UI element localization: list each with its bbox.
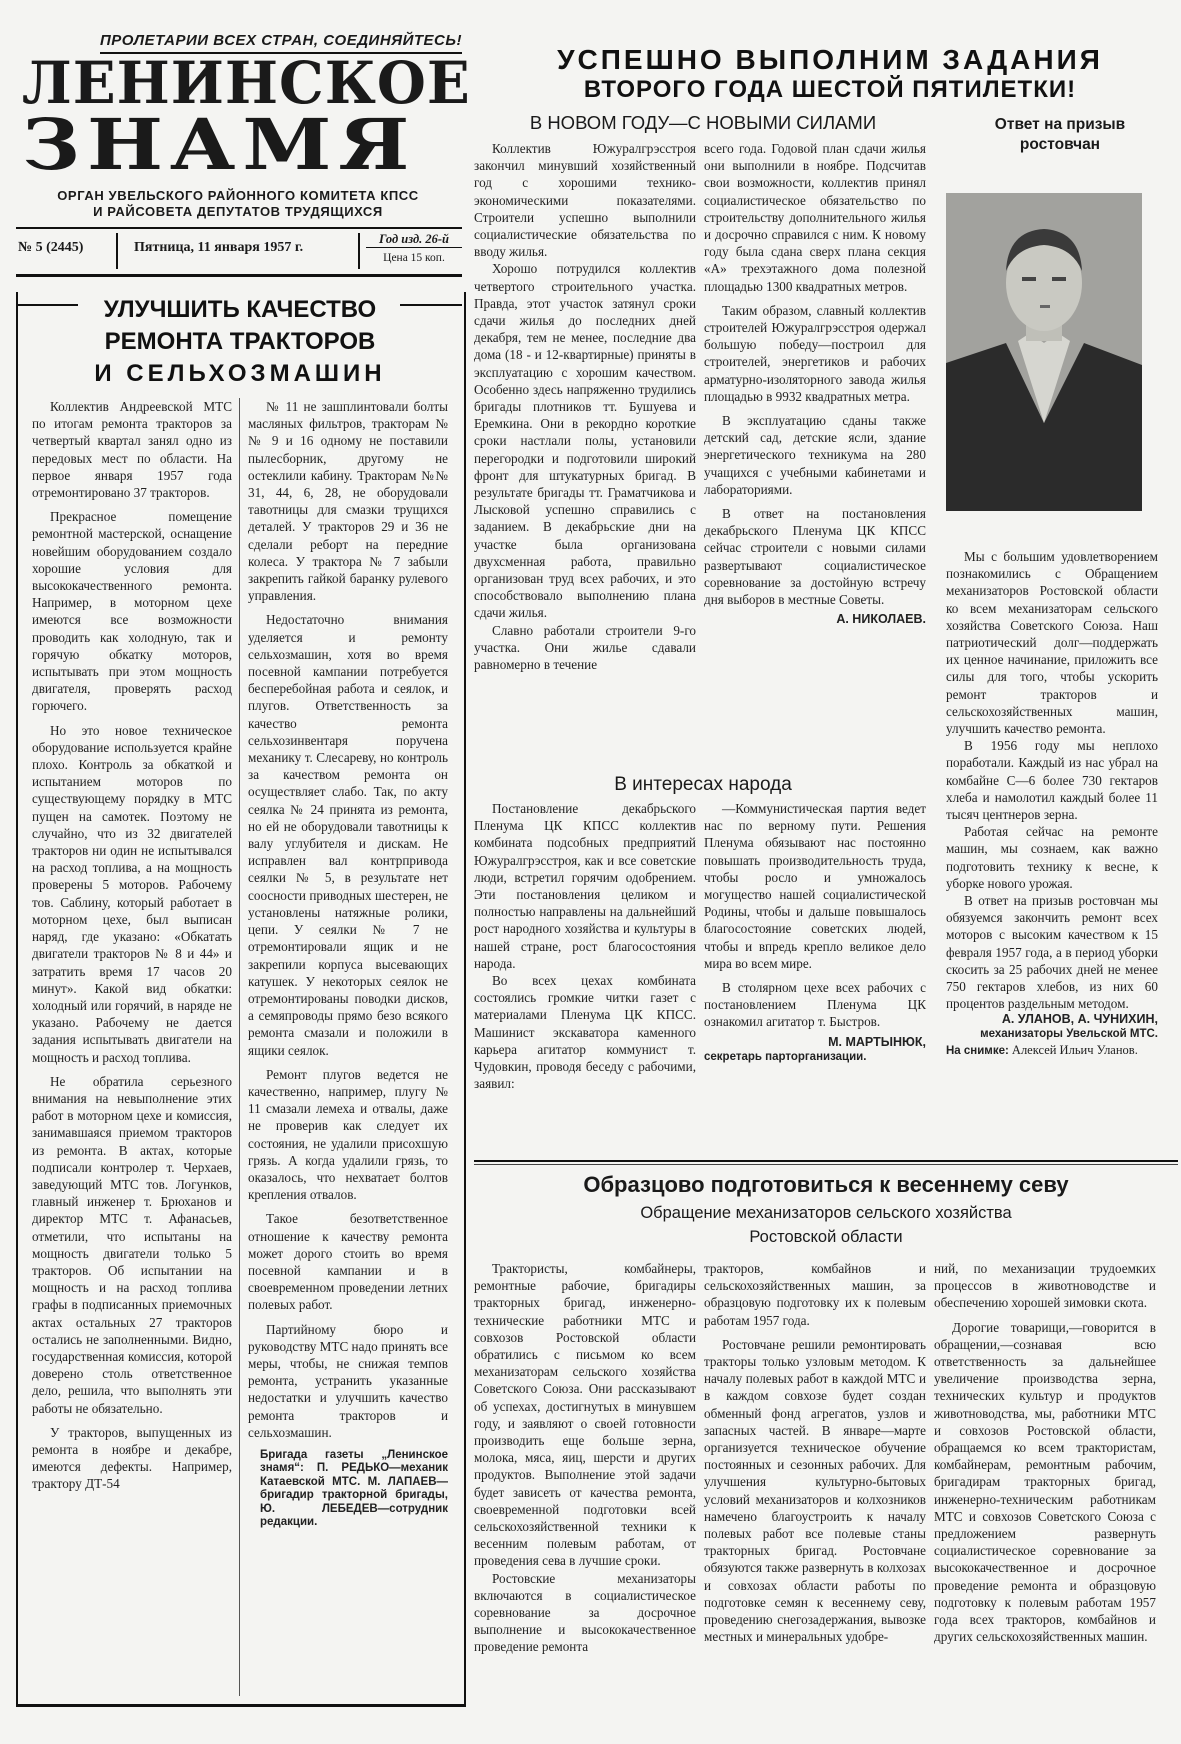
article-tractors-headline-2: РЕМОНТА ТРАКТОРОВ	[60, 326, 420, 358]
article-rostov-reply-headline-2: ростовчан	[940, 136, 1180, 154]
paragraph: тракторов, комбайнов и сельскохозяйствен…	[704, 1260, 926, 1329]
paragraph: Не обратила серьезного внимания на невып…	[32, 1073, 232, 1417]
article-people-col1: Постановление декабрьского Пленума ЦК КП…	[474, 800, 696, 1092]
paragraph: Работая сейчас на ремонте машин, мы созн…	[946, 823, 1158, 892]
article-rostov-reply-body: Мы с большим удовлетворением познакомили…	[946, 548, 1158, 1059]
photo-caption: На снимке: Алексей Ильич Уланов.	[946, 1043, 1158, 1059]
article-spring-headline: Образцово подготовиться к весеннему севу	[474, 1172, 1178, 1198]
banner-line2: ВТОРОГО ГОДА ШЕСТОЙ ПЯТИЛЕТКИ!	[480, 76, 1180, 104]
slogan: ПРОЛЕТАРИИ ВСЕХ СТРАН, СОЕДИНЯЙТЕСЬ!	[100, 32, 462, 49]
article-new-year-col1: Коллектив Южуралгрэсстроя закончил минув…	[474, 140, 696, 673]
article-people-signature: М. МАРТЫНЮК,	[704, 1035, 926, 1050]
masthead-subtitle-line2: И РАЙСОВЕТА ДЕПУТАТОВ ТРУДЯЩИХСЯ	[28, 204, 448, 219]
article-new-year-signature: А. НИКОЛАЕВ.	[704, 612, 926, 627]
article-people-headline: В интересах народа	[478, 774, 928, 796]
masthead-subtitle-line1: ОРГАН УВЕЛЬСКОГО РАЙОННОГО КОМИТЕТА КПСС	[28, 188, 448, 203]
paragraph: В 1956 году мы неплохо поработали. Кажды…	[946, 737, 1158, 823]
article-tractors-col2: № 11 не зашплинтовали болты масляных фил…	[248, 398, 448, 1530]
paragraph: Такое безответственное отношение к качес…	[248, 1210, 448, 1313]
issue-number: № 5 (2445)	[18, 240, 83, 256]
paragraph: Но это новое техническое оборудование ис…	[32, 722, 232, 1066]
article-spring-subhead-2: Ростовской области	[474, 1228, 1178, 1247]
paragraph: Прекрасное помещение ремонтной мастерско…	[32, 508, 232, 714]
masthead-rule-top	[16, 227, 462, 229]
portrait-photo	[946, 193, 1142, 511]
article-spring-col3: ний, по механизации трудоемких процессов…	[934, 1260, 1156, 1645]
portrait-icon	[946, 193, 1142, 511]
paragraph: Хорошо потрудился коллектив четвертого с…	[474, 260, 696, 621]
banner-line1: УСПЕШНО ВЫПОЛНИМ ЗАДАНИЯ	[480, 44, 1180, 76]
paragraph: Постановление декабрьского Пленума ЦК КП…	[474, 800, 696, 972]
paragraph: Коллектив Андреевской МТС по итогам ремо…	[32, 398, 232, 501]
article-people-signature-role: секретарь парторганизации.	[704, 1050, 926, 1064]
article-rostov-reply-signature-role: механизаторы Увельской МТС.	[946, 1027, 1158, 1041]
paragraph: Мы с большим удовлетворением познакомили…	[946, 548, 1158, 737]
paragraph: Ремонт плугов ведется не качественно, на…	[248, 1066, 448, 1204]
article-rostov-reply-signature: А. УЛАНОВ, А. ЧУНИХИН,	[946, 1012, 1158, 1027]
column-divider	[239, 398, 240, 1696]
article-tractors-headline-1: УЛУЧШИТЬ КАЧЕСТВО	[60, 294, 420, 326]
article-tractors-signature: Бригада газеты „Ленинское знамя“: П. РЕД…	[260, 1449, 448, 1530]
paragraph: Партийному бюро и руководству МТС надо п…	[248, 1321, 448, 1441]
paragraph: В ответ на постановления декабрьского Пл…	[704, 505, 926, 608]
masthead: ПРОЛЕТАРИИ ВСЕХ СТРАН, СОЕДИНЯЙТЕСЬ! ЛЕН…	[0, 0, 470, 285]
article-people-col2: —Коммунистическая партия ведет нас по ве…	[704, 800, 926, 1064]
paragraph: Трактористы, комбайнеры, ремонтные рабоч…	[474, 1260, 696, 1570]
article-tractors-headline-3: И СЕЛЬХОЗМАШИН	[60, 358, 420, 390]
article-new-year-headline: В НОВОМ ГОДУ—С НОВЫМИ СИЛАМИ	[478, 112, 928, 134]
price: Цена 15 коп.	[366, 252, 462, 264]
paragraph: Недостаточно внимания уделяется и ремонт…	[248, 611, 448, 1058]
masthead-divider-1	[116, 233, 118, 269]
year-of-publication: Год изд. 26-й	[366, 232, 462, 248]
article-spring-col2: тракторов, комбайнов и сельскохозяйствен…	[704, 1260, 926, 1645]
paragraph: В ответ на призыв ростовчан мы обязуемся…	[946, 892, 1158, 1012]
article-tractors-col1: Коллектив Андреевской МТС по итогам ремо…	[32, 398, 232, 1493]
paragraph: Ростовчане решили ремонтировать тракторы…	[704, 1336, 926, 1646]
paragraph: Дорогие товарищи,—говорится в обращении,…	[934, 1319, 1156, 1646]
article-spring-subhead-1: Обращение механизаторов сельского хозяйс…	[474, 1204, 1178, 1223]
paragraph: В эксплуатацию сданы также детский сад, …	[704, 412, 926, 498]
article-spring-col1: Трактористы, комбайнеры, ремонтные рабоч…	[474, 1260, 696, 1656]
article-new-year-col2: всего года. Годовой план сдачи жилья они…	[704, 140, 926, 627]
paragraph: Ростовские механизаторы включаются в соц…	[474, 1570, 696, 1656]
section-rule-thin	[474, 1164, 1178, 1165]
paragraph: всего года. Годовой план сдачи жилья они…	[704, 140, 926, 295]
masthead-divider-2	[358, 233, 360, 269]
newspaper-title-line2: ЗНАМЯ	[22, 108, 528, 182]
issue-date: Пятница, 11 января 1957 г.	[134, 240, 303, 256]
paragraph: ний, по механизации трудоемких процессов…	[934, 1260, 1156, 1312]
paragraph: У тракторов, выпущенных из ремонта в ноя…	[32, 1424, 232, 1493]
paragraph: Коллектив Южуралгрэсстроя закончил минув…	[474, 140, 696, 260]
paragraph: В столярном цехе всех рабочих с постанов…	[704, 979, 926, 1031]
paragraph: Славно работали строители 9-го участка. …	[474, 622, 696, 674]
photo-caption-text: Алексей Ильич Уланов.	[1012, 1043, 1138, 1057]
paragraph: Таким образом, славный коллектив строите…	[704, 302, 926, 405]
paragraph: № 11 не зашплинтовали болты масляных фил…	[248, 398, 448, 604]
photo-caption-label: На снимке:	[946, 1045, 1009, 1057]
masthead-rule-bottom	[16, 274, 462, 277]
section-rule	[474, 1160, 1178, 1162]
article-rostov-reply-headline-1: Ответ на призыв	[940, 116, 1180, 134]
paragraph: —Коммунистическая партия ведет нас по ве…	[704, 800, 926, 972]
paragraph: Во всех цехах комбината состоялись громк…	[474, 972, 696, 1092]
